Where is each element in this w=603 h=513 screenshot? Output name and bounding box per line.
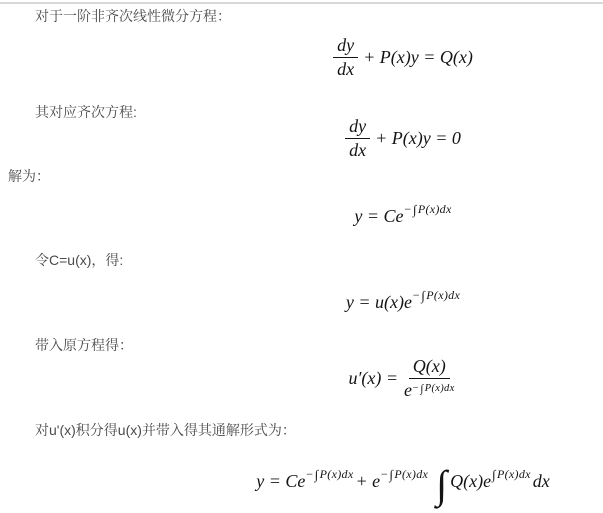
exponent: −∫P(x)dx: [412, 383, 455, 394]
formula-row-2: dy dx + P(x)y = 0: [203, 117, 603, 159]
fraction-dy-dx: dy dx: [345, 117, 370, 160]
top-divider: [0, 2, 603, 4]
formula-base: y = u(x)e: [346, 292, 412, 313]
minus-sign: −: [412, 288, 420, 302]
formula-row-1: dy dx + P(x)y = Q(x): [203, 36, 603, 78]
formula-homogeneous-equation: dy dx + P(x)y = 0: [345, 117, 461, 160]
formula-row-3: y = Ce−∫P(x)dx: [203, 200, 603, 232]
document-page: 对于一阶非齐次线性微分方程： dy dx + P(x)y = Q(x) 其对应齐…: [0, 0, 603, 513]
integral-icon: ∫: [420, 383, 423, 395]
integral-icon: ∫: [315, 467, 319, 482]
exponent-3: ∫P(x)dx: [491, 466, 531, 482]
integral-icon: ∫: [492, 467, 496, 482]
minus-sign: −: [412, 383, 419, 394]
fraction-denominator: e−∫P(x)dx: [404, 379, 455, 400]
minus-sign: −: [380, 467, 388, 481]
exponent-1: −∫P(x)dx: [305, 466, 353, 482]
exponent-arg: P(x)dx: [425, 383, 455, 394]
exponent: −∫P(x)dx: [404, 201, 452, 217]
formula-row-5: u′(x) = Q(x) e−∫P(x)dx: [203, 353, 603, 403]
paragraph-general-solution: 对u'(x)积分得u(x)并带入得其通解形式为：: [35, 422, 296, 438]
paragraph-substitute: 带入原方程得：: [35, 337, 133, 353]
den-base: e: [404, 380, 412, 400]
paragraph-intro: 对于一阶非齐次线性微分方程：: [35, 8, 231, 24]
exponent-arg: P(x)dx: [418, 202, 452, 216]
formula-homogeneous-solution: y = Ce−∫P(x)dx: [354, 206, 451, 227]
minus-sign: −: [404, 202, 412, 216]
paragraph-let-c: 令C=u(x)，得:: [35, 252, 123, 268]
fraction-numerator: dy: [333, 36, 358, 58]
fraction-q-over-e: Q(x) e−∫P(x)dx: [404, 357, 455, 400]
exponent-arg: P(x)dx: [394, 467, 428, 481]
fraction-numerator: Q(x): [409, 357, 450, 379]
paragraph-solution-label: 解为：: [8, 168, 50, 184]
fraction-denominator: dx: [349, 139, 366, 160]
formula-nonhomogeneous-equation: dy dx + P(x)y = Q(x): [333, 36, 473, 79]
formula-general-solution: y = Ce−∫P(x)dx+ e−∫P(x)dx∫Q(x)e∫P(x)dxdx: [256, 465, 550, 497]
term-4: dx: [533, 471, 550, 492]
formula-lhs: u′(x) =: [348, 368, 398, 389]
fraction-dy-dx: dy dx: [333, 36, 358, 79]
formula-substituted-solution: y = u(x)e−∫P(x)dx: [346, 292, 460, 313]
formula-rest: + P(x)y = Q(x): [363, 47, 473, 68]
exponent-arg: P(x)dx: [426, 288, 460, 302]
exponent-arg: P(x)dx: [320, 467, 354, 481]
term-3: Q(x)e: [450, 471, 491, 492]
exponent-2: −∫P(x)dx: [380, 466, 428, 482]
integral-icon: ∫: [413, 202, 417, 217]
fraction-numerator: dy: [345, 117, 370, 139]
formula-base: y = Ce: [354, 206, 403, 227]
big-integral-icon: ∫: [436, 469, 447, 501]
formula-row-4: y = u(x)e−∫P(x)dx: [203, 285, 603, 319]
formula-rest: + P(x)y = 0: [375, 128, 461, 149]
minus-sign: −: [305, 467, 313, 481]
exponent: −∫P(x)dx: [412, 287, 460, 303]
term-2: + e: [355, 471, 380, 492]
paragraph-homogeneous: 其对应齐次方程:: [35, 104, 137, 120]
formula-u-prime: u′(x) = Q(x) e−∫P(x)dx: [348, 357, 457, 400]
term-1: y = Ce: [256, 471, 305, 492]
formula-row-6: y = Ce−∫P(x)dx+ e−∫P(x)dx∫Q(x)e∫P(x)dxdx: [203, 450, 603, 512]
integral-icon: ∫: [390, 467, 394, 482]
fraction-denominator: dx: [337, 58, 354, 79]
integral-icon: ∫: [421, 288, 425, 303]
exponent-arg: P(x)dx: [497, 467, 531, 481]
